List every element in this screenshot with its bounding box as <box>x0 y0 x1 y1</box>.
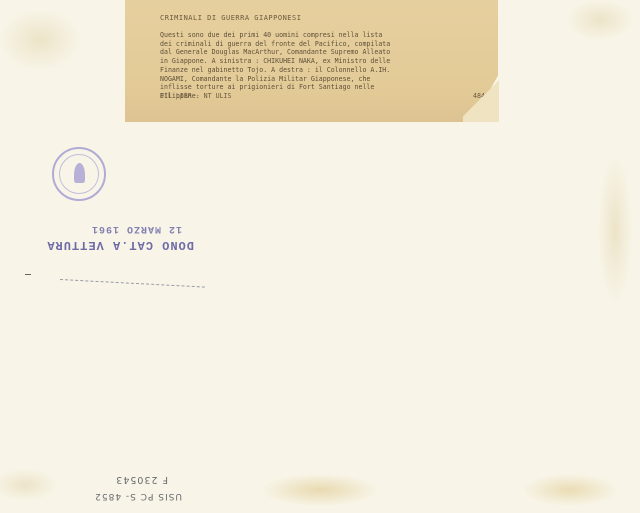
caption-credit: DIL LIBR - NT ULIS <box>160 92 231 100</box>
donation-stamp-line1: DONO CAT.A VETTURA <box>46 238 194 252</box>
circular-ink-stamp <box>52 147 106 201</box>
caption-body: Questi sono due dei primi 40 uomini comp… <box>160 31 490 101</box>
handwritten-archive-code: USIS PC S- 4852 <box>94 491 182 501</box>
caption-line: dal Generale Douglas MacArthur, Comandan… <box>160 48 490 57</box>
caption-line: in Giappone. A sinistra : CHIKUHEI NAKA,… <box>160 57 490 66</box>
donation-stamp: DONO CAT.A VETTURA 12 MARZO 1961 <box>40 216 200 254</box>
caption-line: dei criminali di guerra del fronte del P… <box>160 40 490 49</box>
handwritten-inventory-number: F 230543 <box>115 474 168 485</box>
caption-line: inflisse torture ai prigionieri di Fort … <box>160 83 490 92</box>
caption-title: CRIMINALI DI GUERRA GIAPPONESI <box>160 14 301 22</box>
caption-line: NOGAMI, Comandante la Polizia Militar Gi… <box>160 75 490 84</box>
caption-line: Questi sono due dei primi 40 uomini comp… <box>160 31 490 40</box>
donation-stamp-date: 12 MARZO 1961 <box>91 223 182 234</box>
caption-folded-corner <box>463 75 499 122</box>
handwritten-notes: USIS PC S- 4852 F 230543 <box>90 465 190 505</box>
caption-slip: CRIMINALI DI GUERRA GIAPPONESI Questi so… <box>125 0 498 122</box>
caption-line: Finanze nel gabinetto Tojo. A destra : i… <box>160 66 490 75</box>
bell-emblem-icon <box>74 163 85 183</box>
pencil-mark <box>25 274 31 275</box>
